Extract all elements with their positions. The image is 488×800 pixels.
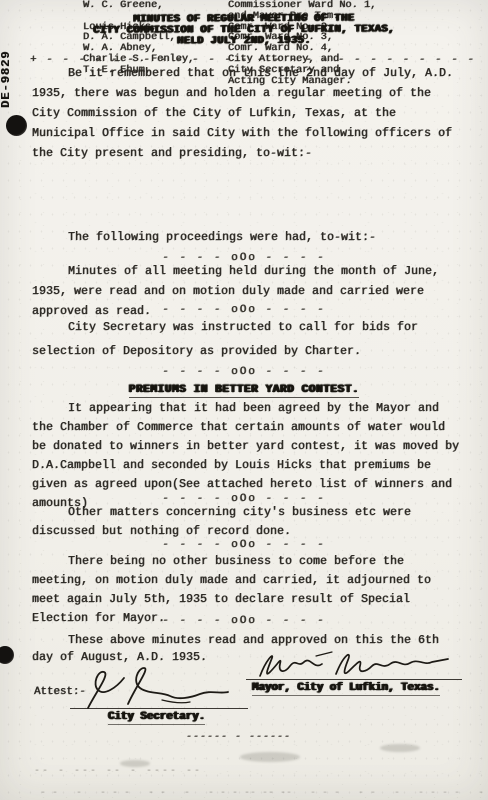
scan-smudge: -- - --- -- - ---- -- <box>250 788 488 799</box>
section-heading: PREMIUMS IN BETTER YARD CONTEST. <box>0 380 488 400</box>
mayor-caption: Mayor, City of Lufkin, Texas. <box>252 682 440 694</box>
scan-blot <box>240 752 300 762</box>
scan-smudge: -- - --- -- - ---- -- <box>34 766 202 777</box>
title-line-3: HELD JULY 2ND, 1935. <box>0 35 488 48</box>
document-title: MINUTES OF REGULAR MEETING OF THE CITY C… <box>0 13 488 48</box>
bottom-dashes: ------ - ------ <box>186 728 291 748</box>
secretary-signature-line <box>70 708 248 709</box>
separator: - - - - oOo - - - - <box>0 611 488 631</box>
hole-punch-bottom <box>0 646 14 664</box>
paragraph-opening: Be it remembered that on this the 2nd da… <box>32 64 462 164</box>
secretary-caption: City Secretary. <box>108 711 205 723</box>
scanned-page: DE-9829 MINUTES OF REGULAR MEETING OF TH… <box>0 0 488 800</box>
mayor-signature <box>252 648 462 682</box>
officer-name: W. C. Greene, <box>83 0 228 11</box>
scan-blot <box>120 760 150 767</box>
scan-blot <box>380 744 420 752</box>
paragraph-depository: City Secretary was instructed to call fo… <box>32 316 462 364</box>
paragraph-proceedings: The following proceedings were had, to-w… <box>32 228 462 248</box>
hole-punch-top <box>6 115 27 136</box>
mayor-signature-line <box>246 679 462 680</box>
separator: - - - - oOo - - - - <box>0 362 488 382</box>
